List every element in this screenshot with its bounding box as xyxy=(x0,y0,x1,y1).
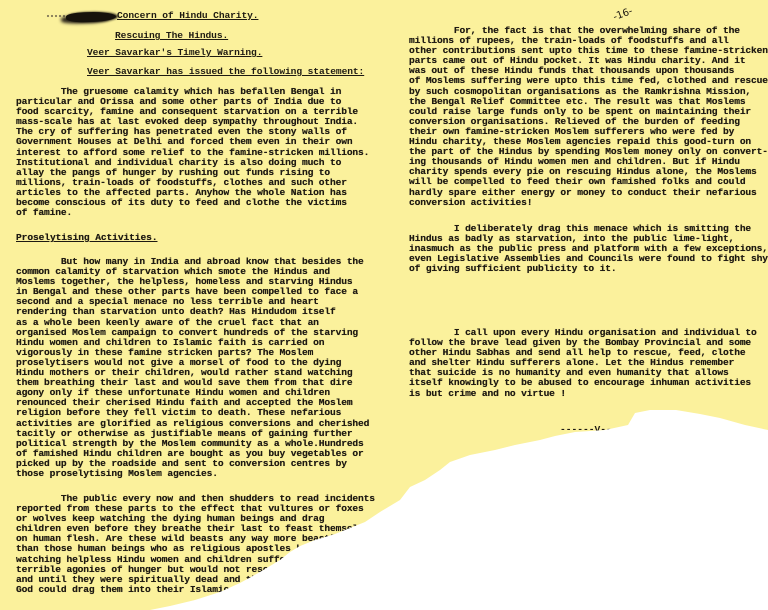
right-paragraph-1: For, the fact is that the overwhelming s… xyxy=(409,26,768,208)
left-paragraph-1: The gruesome calamity which has befallen… xyxy=(16,87,369,218)
right-column: For, the fact is that the overwhelming s… xyxy=(409,0,764,50)
text-line: those proselytising Moslem agencies. xyxy=(16,469,369,479)
right-paragraph-2: I deliberately drag this menace which is… xyxy=(409,224,768,274)
text-line: religion before they fell victim to deat… xyxy=(16,408,369,418)
right-paragraph-3: I call upon every Hindu organisation and… xyxy=(409,328,757,399)
text-line: is but crime and no virtue ! xyxy=(409,389,757,399)
left-paragraph-2: But how many in India and abroad know th… xyxy=(16,257,369,479)
text-line: God could drag them into their Islamic f… xyxy=(16,585,375,595)
left-column: The gruesome calamity which has befallen… xyxy=(16,0,376,61)
text-line: of famine. xyxy=(16,208,369,218)
text-line: of giving sufficient publicity to it. xyxy=(409,264,768,274)
scanned-document-page: Concern of Hindu Charity. Rescuing The H… xyxy=(0,0,768,610)
left-paragraph-3: The public every now and then shudders t… xyxy=(16,494,375,595)
section-heading-proselytising: Proselytising Activities. xyxy=(16,233,157,243)
text-line: will be compelled to feed their own fami… xyxy=(409,177,768,187)
statement-intro: Veer Savarkar has issued the following s… xyxy=(87,66,364,77)
end-mark: ------V----- xyxy=(560,424,629,435)
text-line: conversion activities! xyxy=(409,198,768,208)
